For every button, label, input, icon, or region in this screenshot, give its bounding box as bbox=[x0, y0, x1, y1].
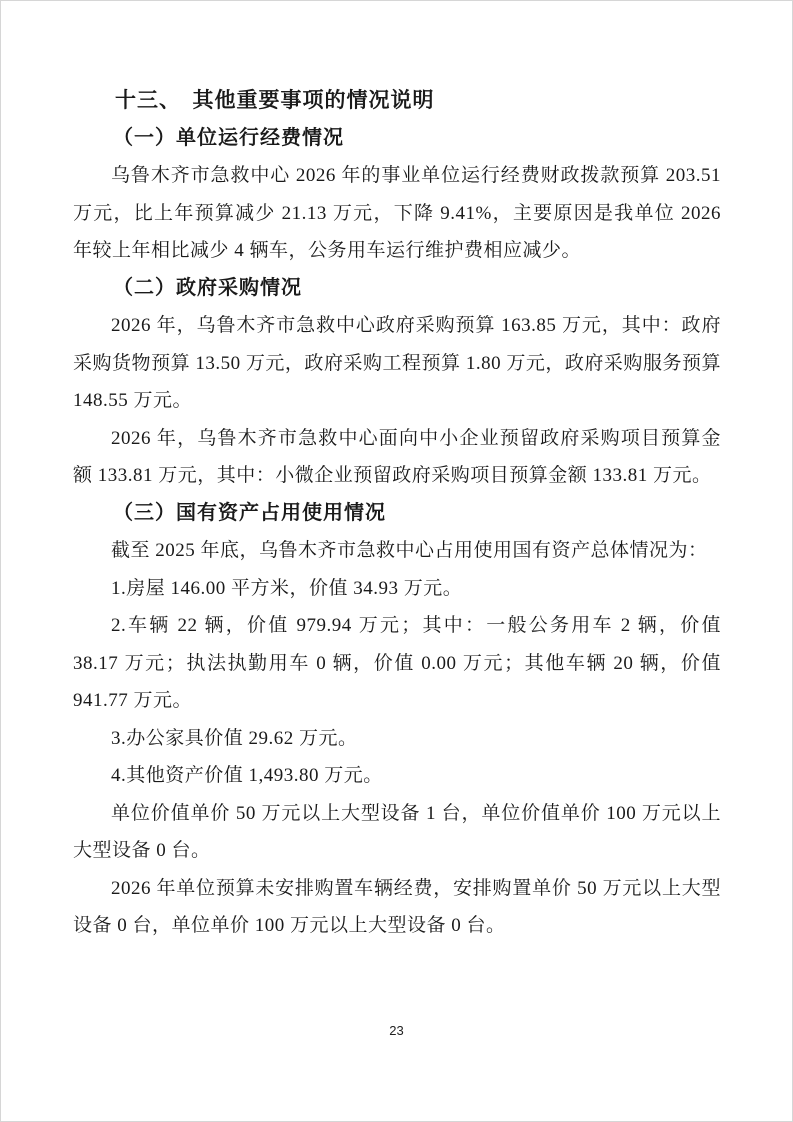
document-page: 十三、 其他重要事项的情况说明 （一）单位运行经费情况 乌鲁木齐市急救中心 20… bbox=[0, 0, 793, 1122]
paragraph-procurement-budget: 2026 年，乌鲁木齐市急救中心政府采购预算 163.85 万元，其中：政府采购… bbox=[73, 307, 721, 420]
paragraph-2026-purchase-plan: 2026 年单位预算未安排购置车辆经费，安排购置单价 50 万元以上大型设备 0… bbox=[73, 870, 721, 945]
main-heading: 十三、 其他重要事项的情况说明 bbox=[73, 82, 721, 120]
paragraph-assets-overview: 截至 2025 年底，乌鲁木齐市急救中心占用使用国有资产总体情况为： bbox=[73, 532, 721, 570]
paragraph-assets-other: 4.其他资产价值 1,493.80 万元。 bbox=[73, 757, 721, 795]
page-number: 23 bbox=[1, 1023, 792, 1038]
subsection-heading-state-assets: （三）国有资产占用使用情况 bbox=[73, 495, 721, 533]
paragraph-procurement-sme-reserve: 2026 年，乌鲁木齐市急救中心面向中小企业预留政府采购项目预算金额 133.8… bbox=[73, 420, 721, 495]
paragraph-assets-vehicles: 2.车辆 22 辆，价值 979.94 万元；其中：一般公务用车 2 辆，价值 … bbox=[73, 607, 721, 720]
paragraph-operating-costs: 乌鲁木齐市急救中心 2026 年的事业单位运行经费财政拨款预算 203.51 万… bbox=[73, 157, 721, 270]
subsection-heading-unit-operating-costs: （一）单位运行经费情况 bbox=[73, 120, 721, 158]
paragraph-assets-furniture: 3.办公家具价值 29.62 万元。 bbox=[73, 720, 721, 758]
subsection-heading-government-procurement: （二）政府采购情况 bbox=[73, 270, 721, 308]
paragraph-large-equipment: 单位价值单价 50 万元以上大型设备 1 台，单位价值单价 100 万元以上大型… bbox=[73, 795, 721, 870]
paragraph-assets-housing: 1.房屋 146.00 平方米，价值 34.93 万元。 bbox=[73, 570, 721, 608]
document-body: 十三、 其他重要事项的情况说明 （一）单位运行经费情况 乌鲁木齐市急救中心 20… bbox=[73, 82, 721, 945]
